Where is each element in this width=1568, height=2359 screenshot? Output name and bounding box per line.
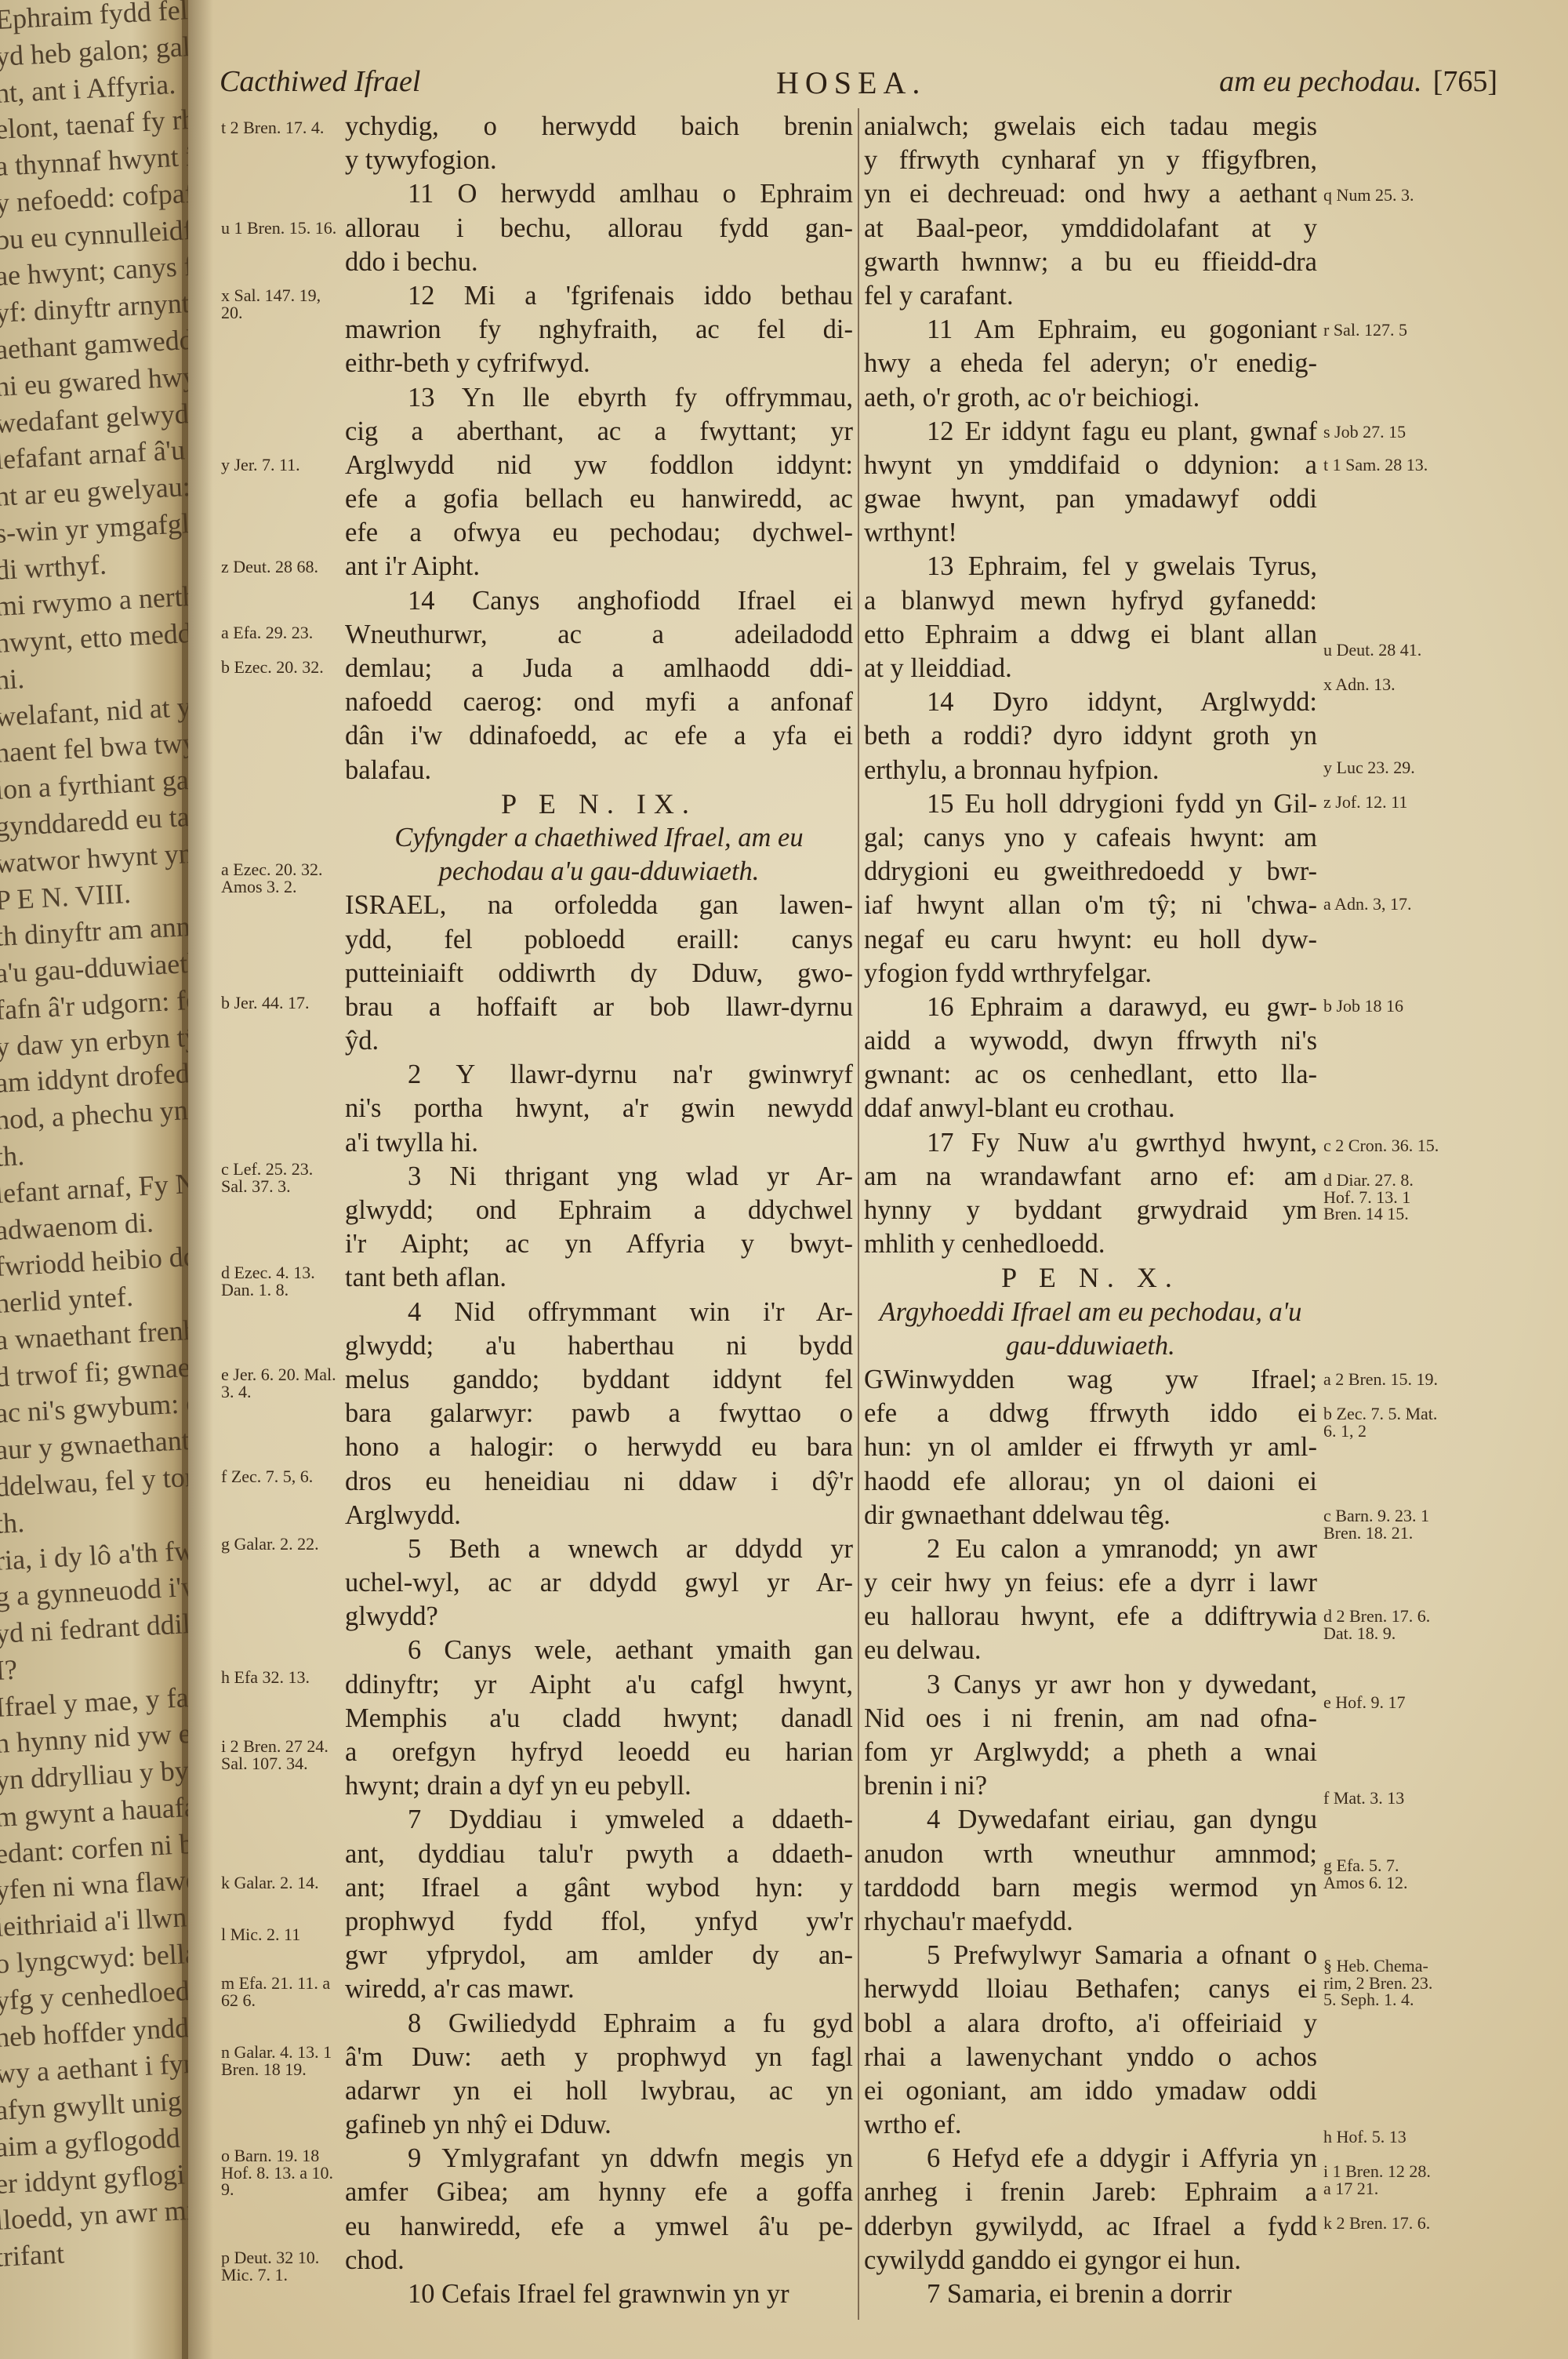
text-line: y ceir hwy yn feius: efe a dyrr i lawr — [864, 1566, 1317, 1600]
margin-reference: u Deut. 28 41. — [1323, 642, 1441, 659]
margin-reference: k Galar. 2. 14. — [221, 1874, 339, 1892]
margin-reference: c Lef. 25. 23. Sal. 37. 3. — [221, 1161, 339, 1194]
chapter-summary: gau-dduwiaeth. — [864, 1329, 1317, 1363]
facing-page-line: adwaenom di. — [0, 1205, 154, 1247]
text-line: gwr yfprydol, am amlder dy an- — [345, 1939, 853, 1972]
text-line: Wneuthurwr, ac a adeiladodd — [345, 618, 853, 652]
text-line: allorau i bechu, allorau fydd gan- — [345, 212, 853, 245]
chapter-summary: Argyhoeddi Ifrael am eu pechodau, a'u — [864, 1296, 1317, 1329]
text-line: ni's portha hwynt, a'r gwin newydd — [345, 1092, 853, 1125]
text-line: ei ogoniant, am iddo ymadaw oddi — [864, 2074, 1317, 2108]
text-line: eu delwau. — [864, 1634, 1317, 1667]
facing-page-line: lloedd, yn awr mi — [0, 2194, 188, 2237]
text-line: 12 Er iddynt fagu eu plant, gwnaf — [864, 415, 1317, 449]
text-line: â'm Duw: aeth y prophwyd yn fagl — [345, 2041, 853, 2074]
text-line: a orefgyn hyfryd leoedd eu harian — [345, 1736, 853, 1769]
facing-page-line: a wnaethant frenhin- — [0, 1311, 188, 1357]
margin-reference: m Efa. 21. 11. a 62 6. — [221, 1975, 339, 2008]
text-line: hwy a eheda fel aderyn; o'r enedig- — [864, 347, 1317, 380]
text-line: 10 Cefais Ifrael fel grawnwin yn yr — [345, 2277, 853, 2311]
facing-page-line: a'u gau-dduwiaeth. — [0, 946, 188, 990]
right-text-column: anialwch; gwelais eich tadau megisy ffrw… — [864, 110, 1317, 2311]
margin-reference: a 2 Bren. 15. 19. — [1323, 1371, 1441, 1388]
chapter-heading: P E N. IX. — [345, 787, 853, 821]
margin-reference: d 2 Bren. 17. 6. Dat. 18. 9. — [1323, 1608, 1441, 1641]
text-line: 5 Prefwylwyr Samaria a ofnant o — [864, 1939, 1317, 1972]
text-line: ant, dyddiau talu'r pwyth a ddaeth- — [345, 1837, 853, 1871]
text-line: efe a gofia bellach eu hanwiredd, ac — [345, 482, 853, 516]
text-line: ŷd. — [345, 1024, 853, 1058]
text-line: 6 Hefyd efe a ddygir i Affyria yn — [864, 2142, 1317, 2175]
margin-reference: u 1 Bren. 15. 16. — [221, 220, 339, 237]
text-line: prophwyd fydd ffol, ynfyd yw'r — [345, 1905, 853, 1939]
facing-page-line: lefant arnaf, Fy Nuw, — [0, 1165, 188, 1210]
text-line: gwarth hwnnw; a bu eu ffieidd-dra — [864, 245, 1317, 279]
facing-page-line: welafant, nid at y Go- — [0, 687, 188, 732]
facing-page-line: th. — [0, 1139, 25, 1173]
text-line: bobl a alara drofto, a'i offeiriaid y — [864, 2007, 1317, 2041]
text-line: balafau. — [345, 754, 853, 787]
facing-page-line: ieithriaid a'i llwngc. — [0, 1899, 188, 1943]
margin-reference: i 2 Bren. 27 24. Sal. 107. 34. — [221, 1738, 339, 1772]
text-line: hwynt; drain a dyf yn eu pebyll. — [345, 1769, 853, 1803]
text-line: GWinwydden wag yw Ifrael; — [864, 1363, 1317, 1397]
text-line: 3 Canys yr awr hon y dywedant, — [864, 1668, 1317, 1702]
text-line: putteiniaift oddiwrth dy Dduw, gwo- — [345, 957, 853, 990]
margin-reference: e Jer. 6. 20. Mal. 3. 4. — [221, 1366, 339, 1400]
text-line: y tywyfogion. — [345, 144, 853, 177]
text-line: 4 Dywedafant eiriau, gan dyngu — [864, 1803, 1317, 1837]
text-line: 14 Canys anghofiodd Ifrael ei — [345, 584, 853, 618]
text-line: rhai a lawenychant ynddo o achos — [864, 2041, 1317, 2074]
text-line: melus ganddo; byddant iddynt fel — [345, 1363, 853, 1397]
text-line: ddaf anwyl-blant eu crothau. — [864, 1092, 1317, 1125]
text-line: ant i'r Aipht. — [345, 550, 853, 583]
margin-reference: a Adn. 3, 17. — [1323, 896, 1441, 913]
text-line: y ffrwyth cynharaf yn y ffigyfbren, — [864, 144, 1317, 177]
facing-page-line: herlid yntef. — [0, 1280, 134, 1320]
text-line: demlau; a Juda a amlhaodd ddi- — [345, 652, 853, 685]
margin-reference: e Hof. 9. 17 — [1323, 1694, 1441, 1711]
text-line: dderbyn gywilydd, ac Ifrael a fydd — [864, 2210, 1317, 2244]
text-line: 6 Canys wele, aethant ymaith gan — [345, 1634, 853, 1667]
facing-page-line: nt ar eu gwelyau: am — [0, 467, 188, 513]
margin-reference: y Jer. 7. 11. — [221, 456, 339, 474]
text-line: dir gwnaethant ddelwau têg. — [864, 1499, 1317, 1532]
text-line: 13 Yn lle ebyrth fy offrymmau, — [345, 381, 853, 415]
text-line: hynny y byddant grwydraid ym — [864, 1194, 1317, 1227]
text-line: Arglwydd. — [345, 1499, 853, 1532]
margin-reference: y Luc 23. 29. — [1323, 759, 1441, 776]
text-line: a'i twylla hi. — [345, 1126, 853, 1160]
text-line: tant beth aflan. — [345, 1261, 853, 1295]
text-line: efe a ddwg ffrwyth iddo ei — [864, 1397, 1317, 1430]
chapter-heading: P E N. X. — [864, 1261, 1317, 1295]
margin-reference: b Job 18 16 — [1323, 998, 1441, 1015]
text-line: iaf hwynt allan o'm tŷ; ni 'chwa- — [864, 889, 1317, 922]
text-line: glwydd? — [345, 1600, 853, 1634]
text-line: 4 Nid offrymmant win i'r Ar- — [345, 1296, 853, 1329]
text-line: mhlith y cenhedloedd. — [864, 1227, 1317, 1261]
margin-reference: t 2 Bren. 17. 4. — [221, 119, 339, 136]
column-divider — [858, 108, 859, 2320]
running-title-right: am eu pechodau.[765] — [1219, 64, 1497, 99]
text-line: adarwr yn ei holl lwybrau, ac yn — [345, 2074, 853, 2108]
facing-page-line: di wrthyf. — [0, 547, 107, 586]
text-line: cywilydd ganddo ei gyngor ei hun. — [864, 2244, 1317, 2277]
margin-reference: g Efa. 5. 7. Amos 6. 12. — [1323, 1857, 1441, 1891]
text-line: glwydd; a'u haberthau ni bydd — [345, 1329, 853, 1363]
text-line: uchel-wyl, ac ar ddydd gwyl yr Ar- — [345, 1566, 853, 1600]
text-line: anrheg i frenin Jareb: Ephraim a — [864, 2175, 1317, 2209]
facing-page-line: ria, i dy lô a'th fwriodd — [0, 1530, 188, 1576]
text-line: yfogion fydd wrthryfelgar. — [864, 957, 1317, 990]
margin-reference: p Deut. 32 10. Mic. 7. 1. — [221, 2249, 339, 2283]
text-line: am na wrandawfant arno ef: am — [864, 1160, 1317, 1194]
facing-page-line: trifant — [0, 2237, 65, 2274]
text-line: hwynt yn ymddifaid o ddynion: a — [864, 449, 1317, 482]
text-line: ddo i bechu. — [345, 245, 853, 279]
running-header: Cacthiwed Ifrael HOSEA. am eu pechodau.[… — [220, 64, 1497, 104]
margin-reference: b Zec. 7. 5. Mat. 6. 1, 2 — [1323, 1405, 1441, 1439]
text-line: 2 Eu calon a ymranodd; yn awr — [864, 1532, 1317, 1566]
text-line: dros eu heneidiau ni ddaw i dŷ'r — [345, 1465, 853, 1499]
margin-reference: d Ezec. 4. 13. Dan. 1. 8. — [221, 1264, 339, 1298]
text-line: yn ei dechreuad: ond hwy a aethant — [864, 177, 1317, 211]
facing-page-line: I? — [0, 1652, 18, 1686]
text-line: aidd a wywodd, dwyn ffrwyth ni's — [864, 1024, 1317, 1058]
text-line: gwae hwynt, pan ymadawyf oddi — [864, 482, 1317, 516]
margin-reference: b Jer. 44. 17. — [221, 994, 339, 1012]
margin-reference: c 2 Cron. 36. 15. — [1323, 1137, 1441, 1154]
text-line: 11 Am Ephraim, eu gogoniant — [864, 313, 1317, 347]
text-line: ddrygioni eu gweithredoedd y bwr- — [864, 855, 1317, 889]
facing-page-line: Ifrael y mae, y faer a'i — [0, 1677, 188, 1723]
text-line: 7 Dyddiau i ymweled a ddaeth- — [345, 1803, 853, 1837]
facing-page-line: P E N. VIII. — [0, 877, 132, 917]
text-line: at Baal-peor, ymddidolafant at y — [864, 212, 1317, 245]
facing-page-line: th. — [0, 1506, 25, 1540]
text-line: tarddodd barn megis wermod yn — [864, 1871, 1317, 1905]
margin-reference: k 2 Bren. 17. 6. — [1323, 2215, 1441, 2232]
text-line: 5 Beth a wnewch ar ddydd yr — [345, 1532, 853, 1566]
text-line: beth a roddi? dyro iddynt groth yn — [864, 719, 1317, 753]
running-title-left: Cacthiwed Ifrael — [220, 64, 420, 99]
text-line: nafoedd caerog: ond myfi a anfonaf — [345, 685, 853, 719]
text-line: brenin i ni? — [864, 1769, 1317, 1803]
margin-reference: x Sal. 147. 19, 20. — [221, 287, 339, 321]
text-line: hono a halogir: o herwydd eu bara — [345, 1430, 853, 1464]
margin-reference: q Num 25. 3. — [1323, 187, 1441, 204]
text-line: rhychau'r maefydd. — [864, 1905, 1317, 1939]
margin-reference: o Barn. 19. 18 Hof. 8. 13. a 10. 9. — [221, 2147, 339, 2198]
margin-reference: g Galar. 2. 22. — [221, 1536, 339, 1553]
text-line: i'r Aipht; ac yn Affyria y bwyt- — [345, 1227, 853, 1261]
facing-page-line: heb hoffder ynddo. — [0, 2009, 188, 2053]
margin-reference: a Efa. 29. 23. — [221, 624, 339, 642]
text-line: 15 Eu holl ddrygioni fydd yn Gil- — [864, 787, 1317, 821]
margin-reference: r Sal. 127. 5 — [1323, 322, 1441, 339]
text-line: amfer Gibea; am hynny efe a goffa — [345, 2175, 853, 2209]
chapter-summary: pechodau a'u gau-dduwiaeth. — [345, 855, 853, 889]
text-line: ant; Ifrael a gânt wybod hyn: y — [345, 1871, 853, 1905]
text-line: at y lleiddiad. — [864, 652, 1317, 685]
text-line: gal; canys yno y cafeais hwynt: am — [864, 821, 1317, 855]
margin-reference: n Galar. 4. 13. 1 Bren. 18 19. — [221, 2044, 339, 2077]
text-line: 17 Fy Nuw a'u gwrthyd hwynt, — [864, 1126, 1317, 1160]
text-line: efe a ofwya eu pechodau; dychwel- — [345, 516, 853, 550]
left-text-column: ychydig, o herwydd baich breniny tywyfog… — [345, 110, 853, 2311]
gutter-shadow — [182, 0, 213, 2359]
text-line: eu hallorau hwynt, efe a ddiftrywia — [864, 1600, 1317, 1634]
margin-reference: a Ezec. 20. 32. Amos 3. 2. — [221, 861, 339, 895]
book-title: HOSEA. — [776, 64, 926, 101]
margin-reference: h Efa 32. 13. — [221, 1669, 339, 1686]
text-line: 12 Mi a 'fgrifenais iddo bethau — [345, 279, 853, 313]
facing-page-line: y daw yn erbyn tŷ'r — [0, 1019, 188, 1063]
text-line: 8 Gwiliedydd Ephraim a fu gyd — [345, 2007, 853, 2041]
text-line: Nid oes i ni frenin, am nad ofna- — [864, 1702, 1317, 1736]
facing-page-line: ac ni's gwybum: o'u — [0, 1385, 188, 1430]
text-line: 9 Ymlygrafant yn ddwfn megis yn — [345, 2142, 853, 2175]
text-line: 14 Dyro iddynt, Arglwydd: — [864, 685, 1317, 719]
text-line: dân i'w ddinafoedd, ac efe a yfa ei — [345, 719, 853, 753]
text-line: 16 Ephraim a darawyd, eu gwr- — [864, 990, 1317, 1024]
text-line: wiredd, a'r cas mawr. — [345, 1972, 853, 2006]
text-line: herwydd lloiau Bethafen; canys ei — [864, 1972, 1317, 2006]
facing-page-line: ni. — [0, 662, 25, 696]
margin-reference: h Hof. 5. 13 — [1323, 2128, 1441, 2146]
text-line: hun: yn ol amlder ei ffrwyth yr aml- — [864, 1430, 1317, 1464]
text-line: wrthynt! — [864, 516, 1317, 550]
margin-reference: b Ezec. 20. 32. — [221, 659, 339, 676]
margin-reference: c Barn. 9. 23. 1 Bren. 18. 21. — [1323, 1507, 1441, 1541]
text-line: eu hanwiredd, efe a ymwel â'u pe- — [345, 2210, 853, 2244]
text-line: ISRAEL, na orfoledda gan lawen- — [345, 889, 853, 922]
margin-reference: z Jof. 12. 11 — [1323, 794, 1441, 811]
text-line: eithr-beth y cyfrifwyd. — [345, 347, 853, 380]
text-line: negaf eu caru hwynt: eu holl dyw- — [864, 923, 1317, 957]
text-line: gafineb yn nhŷ ei Dduw. — [345, 2108, 853, 2142]
margin-reference: i 1 Bren. 12 28. a 17 21. — [1323, 2163, 1441, 2197]
text-line: a blanwyd mewn hyfryd gyfanedd: — [864, 584, 1317, 618]
text-line: ydd, fel pobloedd eraill: canys — [345, 923, 853, 957]
facing-page-line: ddelwau, fel y torrer — [0, 1459, 188, 1503]
text-line: Arglwydd nid yw foddlon iddynt: — [345, 449, 853, 482]
text-line: mawrion fy nghyfraith, ac fel di- — [345, 313, 853, 347]
running-title-right-text: am eu pechodau. — [1219, 65, 1422, 98]
text-line: anialwch; gwelais eich tadau megis — [864, 110, 1317, 144]
margin-reference: f Zec. 7. 5, 6. — [221, 1468, 339, 1485]
margin-reference: z Deut. 28 68. — [221, 558, 339, 576]
margin-reference: l Mic. 2. 11 — [221, 1926, 339, 1943]
text-line: bara galarwyr: pawb a fwyttao o — [345, 1397, 853, 1430]
text-line: 2 Y llawr-dyrnu na'r gwinwryf — [345, 1058, 853, 1092]
margin-reference: x Adn. 13. — [1323, 676, 1441, 693]
text-line: chod. — [345, 2244, 853, 2277]
text-line: 3 Ni thrigant yng wlad yr Ar- — [345, 1160, 853, 1194]
text-line: cig a aberthant, ac a fwyttant; yr — [345, 415, 853, 449]
margin-reference: f Mat. 3. 13 — [1323, 1790, 1441, 1807]
text-line: gwnant: ac os cenhedlant, etto lla- — [864, 1058, 1317, 1092]
text-line: fom yr Arglwydd; a pheth a wnai — [864, 1736, 1317, 1769]
facing-page-line: n hynny nid yw efe — [0, 1716, 188, 1760]
text-line: Memphis a'u cladd hwynt; danadl — [345, 1702, 853, 1736]
text-line: erthylu, a bronnau hyfpion. — [864, 754, 1317, 787]
margin-reference: d Diar. 27. 8. Hof. 7. 13. 1 Bren. 14 15… — [1323, 1172, 1441, 1223]
text-line: anudon wrth wneuthur amnmod; — [864, 1837, 1317, 1871]
text-line: fel y carafant. — [864, 279, 1317, 313]
text-line: etto Ephraim a ddwg ei blant allan — [864, 618, 1317, 652]
facing-page-edge: Ephraim fydd fel y colom-yd heb galon; g… — [0, 0, 188, 2359]
text-line: wrtho ef. — [864, 2108, 1317, 2142]
text-line: haodd efe allorau; yn ol daioni ei — [864, 1465, 1317, 1499]
text-line: 7 Samaria, ei brenin a dorrir — [864, 2277, 1317, 2311]
facing-page-line: nt, ant i Affyria. — [0, 67, 176, 110]
margin-reference: t 1 Sam. 28 13. — [1323, 456, 1441, 474]
text-line: ddinyftr; yr Aipht a'u cafgl hwynt, — [345, 1668, 853, 1702]
text-line: glwydd; ond Ephraim a ddychwel — [345, 1194, 853, 1227]
book-page-scan: Ephraim fydd fel y colom-yd heb galon; g… — [0, 0, 1568, 2359]
text-line: 13 Ephraim, fel y gwelais Tyrus, — [864, 550, 1317, 583]
margin-reference: § Heb. Chema- rim, 2 Bren. 23. 5. Seph. … — [1323, 1957, 1441, 2008]
chapter-summary: Cyfyngder a chaethiwed Ifrael, am eu — [345, 821, 853, 855]
text-line: aeth, o'r groth, ac o'r beichiogi. — [864, 381, 1317, 415]
text-line: brau a hoffaift ar bob llawr-dyrnu — [345, 990, 853, 1024]
page-number: [765] — [1433, 65, 1497, 98]
margin-reference: s Job 27. 15 — [1323, 423, 1441, 441]
text-line: ychydig, o herwydd baich brenin — [345, 110, 853, 144]
text-line: 11 O herwydd amlhau o Ephraim — [345, 177, 853, 211]
